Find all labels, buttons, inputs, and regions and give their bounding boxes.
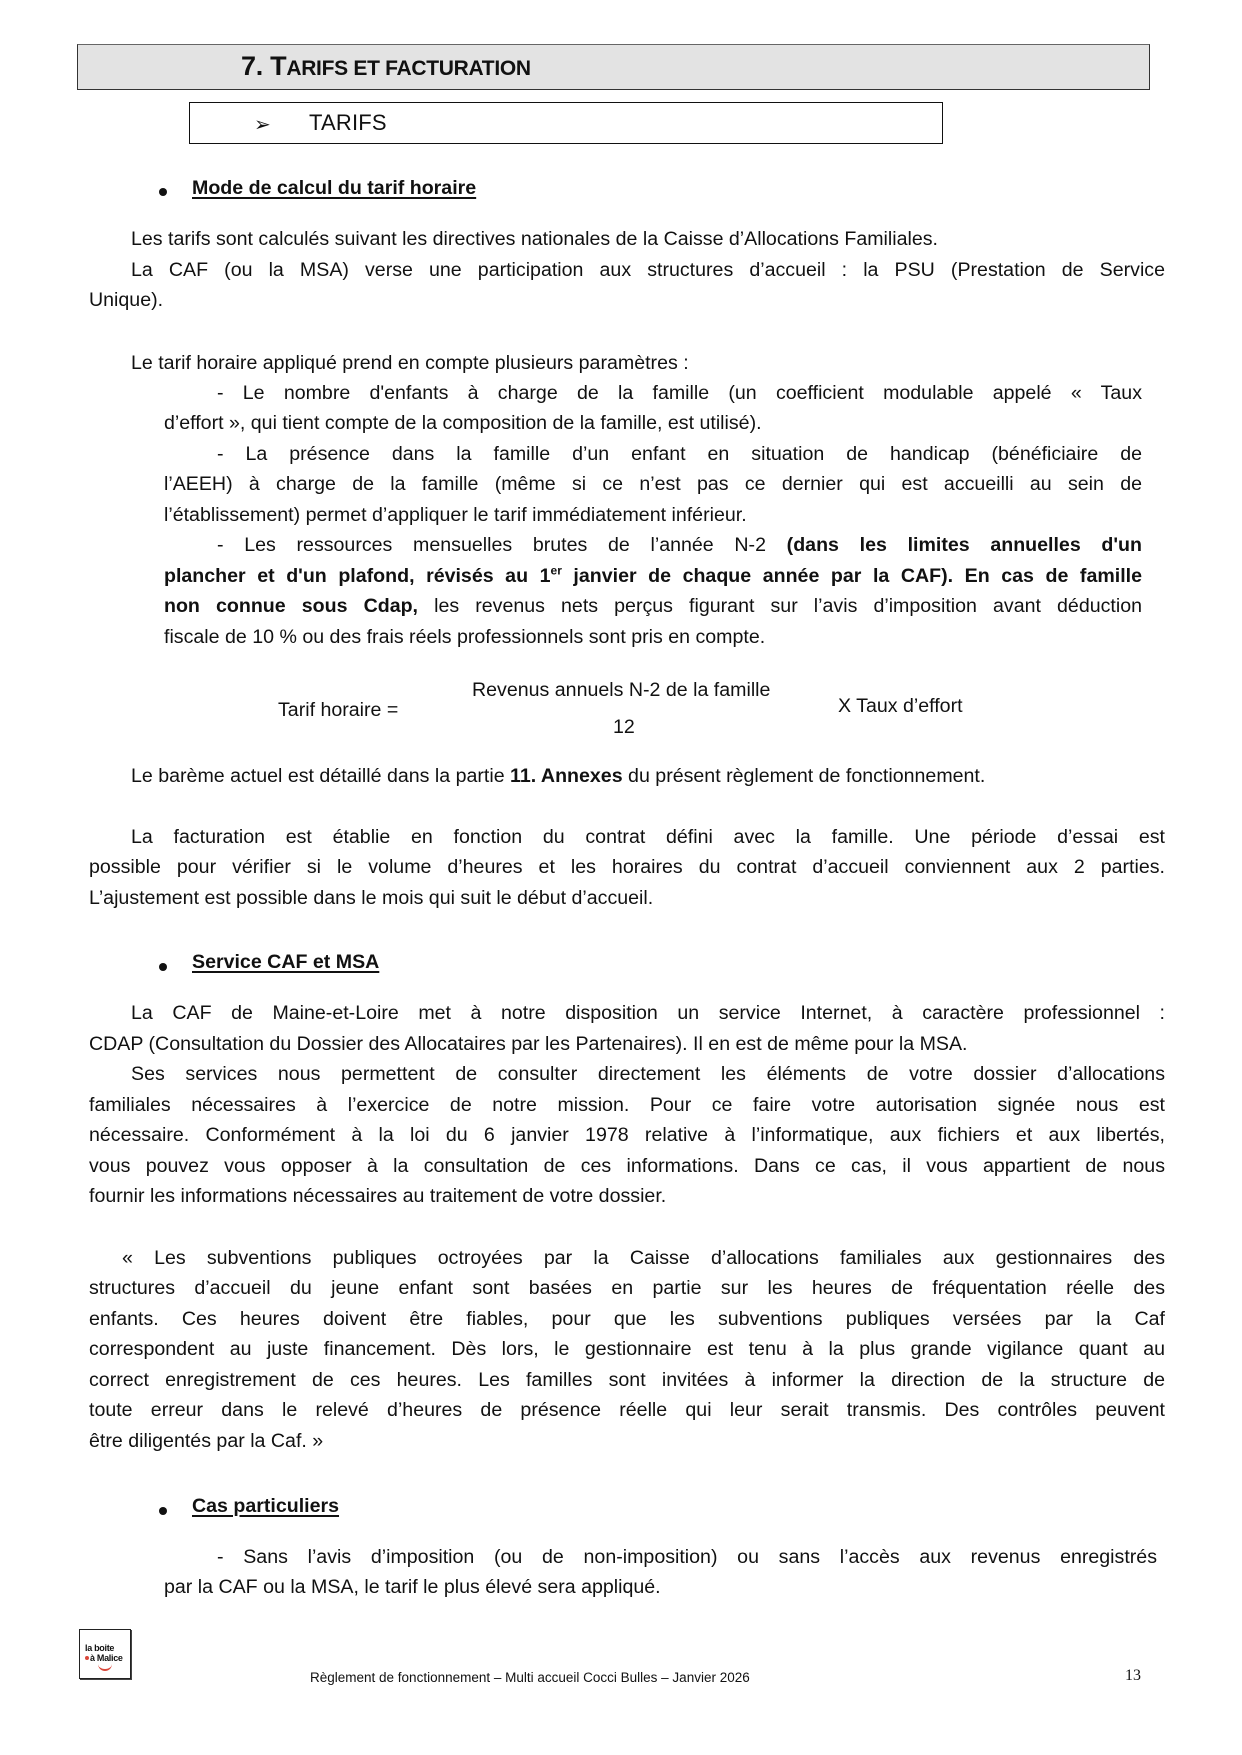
text-run: du présent règlement de fonctionnement. — [623, 765, 986, 787]
logo-text: la boite — [85, 1643, 114, 1653]
formula-numerator: Revenus annuels N-2 de la famille — [472, 679, 770, 702]
list-item: - La présence dans la famille d’un enfan… — [217, 439, 1142, 470]
section-header: ➢ TARIFS — [189, 102, 943, 144]
quote: enfants. Ces heures doivent être fiables… — [89, 1304, 1165, 1335]
quote: être diligentés par la Caf. » — [89, 1426, 323, 1457]
paragraph: familiales nécessaires à l’exercice de n… — [89, 1090, 1165, 1121]
chapter-header: 7. TARIFS ET FACTURATION — [77, 44, 1150, 90]
list-item: d’effort », qui tient compte de la compo… — [164, 408, 762, 439]
page-number: 13 — [1125, 1667, 1141, 1685]
list-item: - Sans l’avis d’imposition (ou de non-im… — [217, 1542, 1157, 1573]
subsection-heading-mode-calcul: Mode de calcul du tarif horaire — [192, 177, 476, 200]
document-page: 7. TARIFS ET FACTURATION ➢ TARIFS Mode d… — [0, 0, 1242, 1755]
paragraph: CDAP (Consultation du Dossier des Alloca… — [89, 1029, 968, 1060]
paragraph: Les tarifs sont calculés suivant les dir… — [131, 224, 938, 255]
text-run-bold: non connue sous Cdap, — [164, 595, 418, 617]
formula-multiplier: X Taux d’effort — [838, 695, 963, 718]
bullet-icon — [159, 963, 167, 971]
list-item: non connue sous Cdap, les revenus nets p… — [164, 591, 1142, 622]
text-run: les revenus nets perçus figurant sur l’a… — [418, 595, 1142, 617]
paragraph: Unique). — [89, 285, 163, 316]
paragraph: nécessaire. Conformément à la loi du 6 j… — [89, 1120, 1165, 1151]
text-run-bold: (dans les limites annuelles d'un — [787, 534, 1142, 556]
footer-text: Règlement de fonctionnement – Multi accu… — [310, 1670, 750, 1685]
paragraph: fournir les informations nécessaires au … — [89, 1181, 666, 1212]
quote: structures d’accueil du jeune enfant son… — [89, 1273, 1165, 1304]
paragraph: La CAF (ou la MSA) verse une participati… — [131, 255, 1165, 286]
arrow-bullet-icon: ➢ — [254, 112, 271, 137]
formula-denominator: 12 — [613, 716, 635, 739]
list-item: par la CAF ou la MSA, le tarif le plus é… — [164, 1572, 661, 1603]
paragraph: Ses services nous permettent de consulte… — [131, 1059, 1165, 1090]
superscript: er — [551, 563, 562, 577]
text-run: Le barème actuel est détaillé dans la pa… — [131, 765, 510, 787]
section-title: TARIFS — [309, 110, 387, 136]
list-item: l’établissement) permet d’appliquer le t… — [164, 500, 747, 531]
paragraph: La facturation est établie en fonction d… — [131, 822, 1165, 853]
logo: la boite à Malice — [79, 1629, 131, 1679]
logo-smile-icon — [98, 1664, 112, 1671]
quote: correct enregistrement de ces heures. Le… — [89, 1365, 1165, 1396]
chapter-title: 7. TARIFS ET FACTURATION — [241, 51, 531, 82]
subsection-heading-cas-particuliers: Cas particuliers — [192, 1495, 339, 1518]
text-run-bold: plancher et d'un plafond, révisés au 1 — [164, 565, 551, 587]
paragraph: possible pour vérifier si le volume d’he… — [89, 852, 1165, 883]
list-item: - Les ressources mensuelles brutes de l’… — [217, 530, 1142, 561]
chapter-title-initial: T — [270, 51, 286, 81]
bullet-icon — [159, 188, 167, 196]
paragraph: L’ajustement est possible dans le mois q… — [89, 883, 653, 914]
quote: « Les subventions publiques octroyées pa… — [122, 1243, 1165, 1274]
paragraph: Le tarif horaire appliqué prend en compt… — [131, 348, 689, 379]
text-run: - Les ressources mensuelles brutes de l’… — [217, 534, 787, 556]
list-item: - Le nombre d'enfants à charge de la fam… — [217, 378, 1142, 409]
bullet-icon — [159, 1507, 167, 1515]
text-run-bold: janvier de chaque année par la CAF). En … — [562, 565, 1142, 587]
subsection-heading-service-caf: Service CAF et MSA — [192, 951, 379, 974]
list-item: l’AEEH) à charge de la famille (même si … — [164, 469, 1142, 500]
annex-reference: 11. Annexes — [510, 765, 623, 787]
formula-label: Tarif horaire = — [278, 699, 398, 722]
paragraph: Le barème actuel est détaillé dans la pa… — [131, 761, 985, 792]
quote: correspondent au juste financement. Dès … — [89, 1334, 1165, 1365]
paragraph: La CAF de Maine-et-Loire met à notre dis… — [131, 998, 1165, 1029]
logo-text: à Malice — [90, 1653, 123, 1663]
quote: toute erreur dans le relevé d’heures de … — [89, 1395, 1165, 1426]
chapter-title-rest: ARIFS ET FACTURATION — [286, 57, 530, 80]
chapter-number: 7. — [241, 51, 263, 81]
logo-dot-icon — [85, 1656, 89, 1660]
list-item: plancher et d'un plafond, révisés au 1er… — [164, 561, 1142, 592]
list-item: fiscale de 10 % ou des frais réels profe… — [164, 622, 765, 653]
paragraph: vous pouvez vous opposer à la consultati… — [89, 1151, 1165, 1182]
